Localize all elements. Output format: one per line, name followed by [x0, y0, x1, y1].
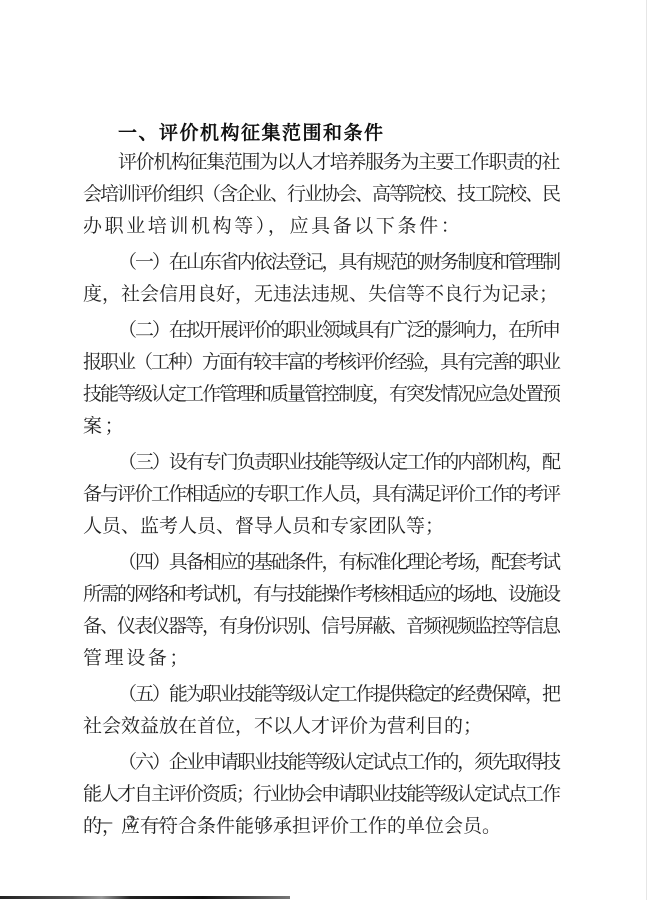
text-line: 所需的网络和考试机，有与技能操作考核相适应的场地、设施设	[83, 582, 559, 606]
text-line: （六）企业申请职业技能等级认定试点工作的，须先取得技	[118, 750, 559, 774]
text-line: （五）能为职业技能等级认定工作提供稳定的经费保障，把	[118, 682, 559, 706]
page-number: — 2 —	[97, 812, 169, 831]
text-line: 办职业培训机构等），应具备以下条件：	[83, 214, 559, 238]
text-line: 备、仪表仪器等，有身份识别、信号屏蔽、音频视频监控等信息	[83, 614, 559, 638]
section-heading: 一、评价机构征集范围和条件	[118, 118, 385, 145]
scan-edge-artifact	[0, 896, 290, 899]
text-line: 度，社会信用良好，无违法违规、失信等不良行为记录；	[83, 282, 559, 306]
text-line: （一）在山东省内依法登记，具有规范的财务制度和管理制	[118, 250, 559, 274]
text-line: 评价机构征集范围为以人才培养服务为主要工作职责的社	[118, 150, 559, 174]
text-line: 人员、监考人员、督导人员和专家团队等；	[83, 514, 559, 538]
text-line: 能人才自主评价资质；行业协会申请职业技能等级认定试点工作	[83, 782, 559, 806]
text-line: （三）设有专门负责职业技能等级认定工作的内部机构，配	[118, 450, 559, 474]
text-line: 会培训评价组织（含企业、行业协会、高等院校、技工院校、民	[83, 182, 559, 206]
text-line: 技能等级认定工作管理和质量管控制度，有突发情况应急处置预	[83, 382, 559, 406]
text-line: 报职业（工种）方面有较丰富的考核评价经验，具有完善的职业	[83, 350, 559, 374]
text-line: （二）在拟开展评价的职业领域具有广泛的影响力，在所申	[118, 318, 559, 342]
document-page: 一、评价机构征集范围和条件 评价机构征集范围为以人才培养服务为主要工作职责的社会…	[0, 0, 647, 900]
text-line: 案；	[83, 414, 559, 438]
text-line: （四）具备相应的基础条件，有标准化理论考场，配套考试	[118, 550, 559, 574]
text-line: 社会效益放在首位，不以人才评价为营利目的；	[83, 714, 559, 738]
text-line: 管理设备；	[83, 646, 559, 670]
text-line: 备与评价工作相适应的专职工作人员，具有满足评价工作的考评	[83, 482, 559, 506]
